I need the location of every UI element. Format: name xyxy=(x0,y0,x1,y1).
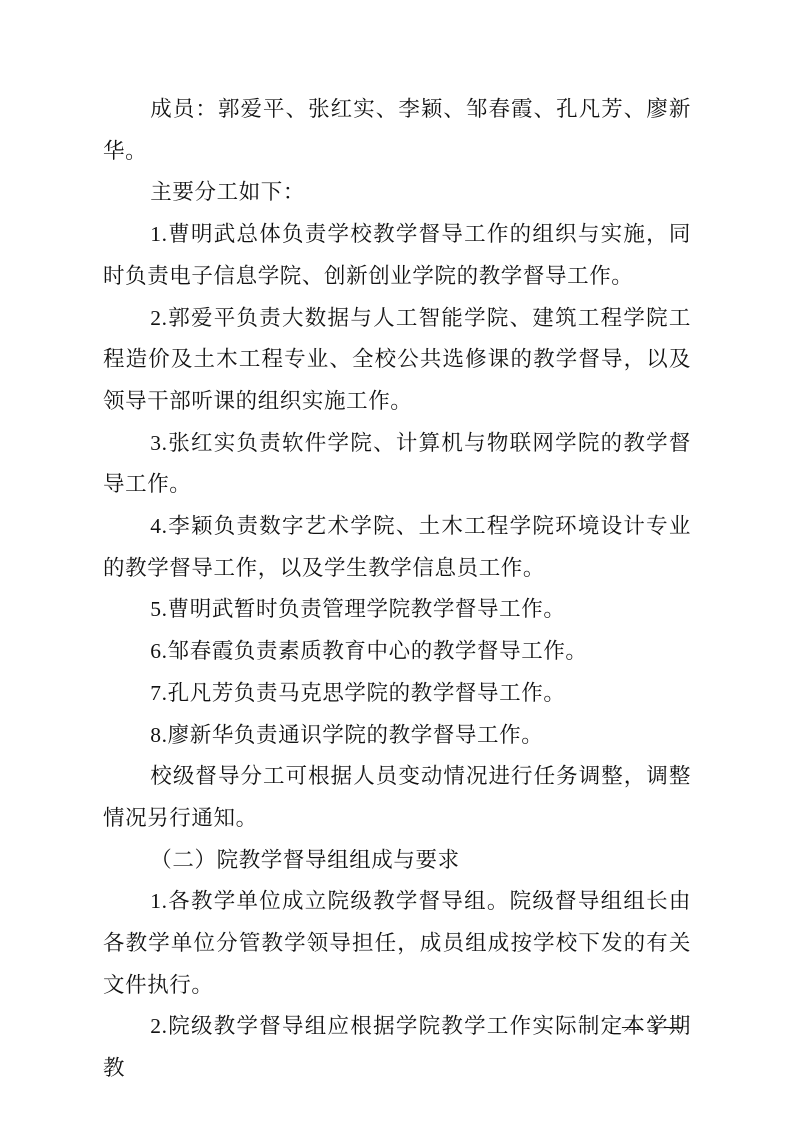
page-number: — 3 — xyxy=(622,1014,684,1040)
paragraph-duty-item-6: 6.邹春霞负责素质教育中心的教学督导工作。 xyxy=(103,631,691,673)
paragraph-division-intro: 主要分工如下： xyxy=(103,172,691,214)
section-heading-two: （二）院教学督导组组成与要求 xyxy=(103,840,691,882)
document-body: 成员：郭爱平、张红实、李颖、邹春霞、孔凡芳、廖新华。 主要分工如下： 1.曹明武… xyxy=(103,89,691,1090)
paragraph-duty-item-8: 8.廖新华负责通识学院的教学督导工作。 xyxy=(103,715,691,757)
paragraph-duty-item-3: 3.张红实负责软件学院、计算机与物联网学院的教学督导工作。 xyxy=(103,423,691,506)
paragraph-adjustment-note: 校级督导分工可根据人员变动情况进行任务调整，调整情况另行通知。 xyxy=(103,756,691,839)
paragraph-duty-item-4: 4.李颖负责数字艺术学院、土木工程学院环境设计专业的教学督导工作，以及学生教学信… xyxy=(103,506,691,589)
document-page: 成员：郭爱平、张红实、李颖、邹春霞、孔凡芳、廖新华。 主要分工如下： 1.曹明武… xyxy=(0,0,793,1122)
paragraph-college-group-item-1: 1.各教学单位成立院级教学督导组。院级督导组组长由各教学单位分管教学领导担任，成… xyxy=(103,881,691,1006)
paragraph-members-list: 成员：郭爱平、张红实、李颖、邹春霞、孔凡芳、廖新华。 xyxy=(103,89,691,172)
paragraph-duty-item-7: 7.孔凡芳负责马克思学院的教学督导工作。 xyxy=(103,673,691,715)
paragraph-duty-item-2: 2.郭爱平负责大数据与人工智能学院、建筑工程学院工程造价及土木工程专业、全校公共… xyxy=(103,298,691,423)
paragraph-duty-item-5: 5.曹明武暂时负责管理学院教学督导工作。 xyxy=(103,589,691,631)
paragraph-duty-item-1: 1.曹明武总体负责学校教学督导工作的组织与实施，同时负责电子信息学院、创新创业学… xyxy=(103,214,691,297)
paragraph-college-group-item-2: 2.院级教学督导组应根据学院教学工作实际制定本学期教 xyxy=(103,1006,691,1089)
